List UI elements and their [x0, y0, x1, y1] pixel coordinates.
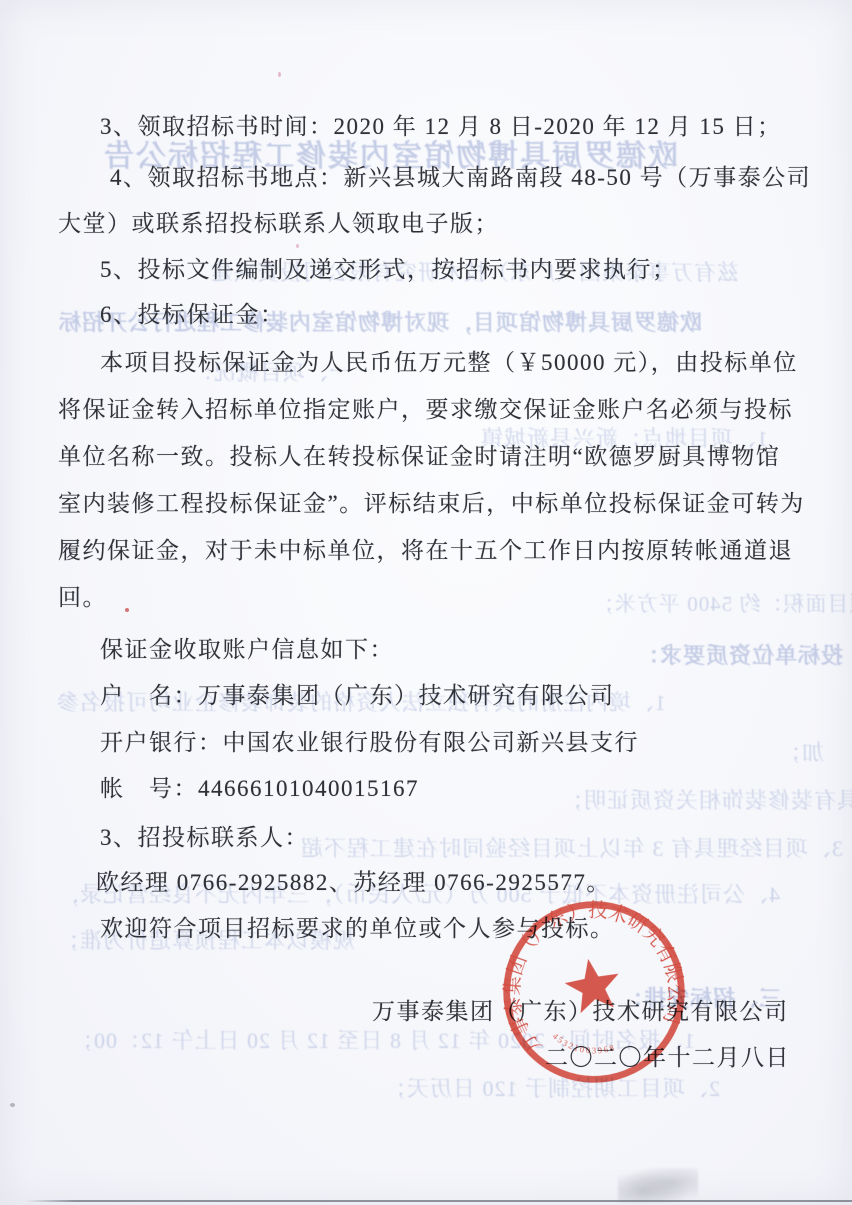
scan-speck — [278, 72, 281, 77]
doc-line-bid-bond-2: 将保证金转入招标单位指定账户，要求缴交保证金账户名必须与投标 — [58, 398, 793, 421]
doc-line-account-info-heading: 保证金收取账户信息如下： — [100, 638, 394, 661]
doc-line-bid-bond-1: 本项目投标保证金为人民币伍万元整（￥50000 元），由投标单位 — [100, 351, 798, 374]
svg-text:45321003968: 45321003968 — [550, 1021, 617, 1063]
doc-line-contact-numbers: 欧经理 0766-2925882、苏经理 0766-2925577。 — [96, 871, 611, 894]
scan-speck — [125, 608, 129, 612]
doc-line-pickup-time: 3、领取招标书时间：2020 年 12 月 8 日-2020 年 12 月 15… — [100, 115, 782, 138]
company-seal: 万事泰集团（广东）技术研究有限公司 45321003968 — [483, 881, 705, 1103]
doc-line-bank: 开户银行：中国农业银行股份有限公司新兴县支行 — [100, 731, 639, 754]
doc-line-bid-bond-5: 履约保证金，对于未中标单位，将在十五个工作日内按原转帐通道退 — [58, 539, 793, 562]
doc-line-submission-format: 5、投标文件编制及递交形式，按招标书内要求执行； — [100, 258, 677, 281]
doc-line-contacts-heading: 3、招投标联系人： — [100, 826, 309, 849]
scan-speck — [10, 1103, 15, 1107]
doc-line-account-number: 帐 号：44666101040015167 — [100, 777, 419, 800]
seal-code-text: 45321003968 — [550, 1021, 617, 1063]
bleed-through-line: 3、项目经理具有 3 年以上项目经验同时在建工程不超 — [300, 838, 843, 860]
doc-line-pickup-location-2: 大堂）或联系招投标联系人领取电子版； — [58, 212, 499, 235]
doc-line-pickup-location-1: 4、领取招标书地点：新兴县城大南路南段 48-50 号（万事泰公司 — [110, 166, 811, 189]
bleed-through-line: 2、工程项目面积：约 5400 平方米； — [592, 594, 852, 615]
doc-line-bid-bond-4: 室内装修工程投标保证金”。评标结束后，中标单位投标保证金可转为 — [58, 492, 805, 515]
scan-speck — [296, 244, 299, 248]
doc-line-account-name: 户 名：万事泰集团（广东）技术研究有限公司 — [100, 684, 615, 707]
scan-edge-shadow — [25, 1200, 852, 1202]
star-icon — [561, 954, 624, 1015]
bleed-through-line: 2、具有装修装饰相关资质证明； — [560, 790, 852, 812]
doc-line-bid-bond-heading: 6、投标保证金： — [100, 303, 285, 326]
scanned-document-page: 欧德罗厨具博物馆室内装修工程招标公告 兹有万事泰集团（广东）技术研究有限公司投资… — [0, 0, 852, 1205]
doc-line-bid-bond-end: 回。 — [58, 586, 107, 609]
scan-smudge — [618, 1168, 698, 1202]
bleed-through-line: 二、投标单位资质要求： — [636, 645, 852, 667]
bleed-through-line: 加； — [778, 742, 824, 764]
doc-line-bid-bond-3: 单位名称一致。投标人在转投标保证金时请注明“欧德罗厨具博物馆 — [58, 445, 780, 468]
